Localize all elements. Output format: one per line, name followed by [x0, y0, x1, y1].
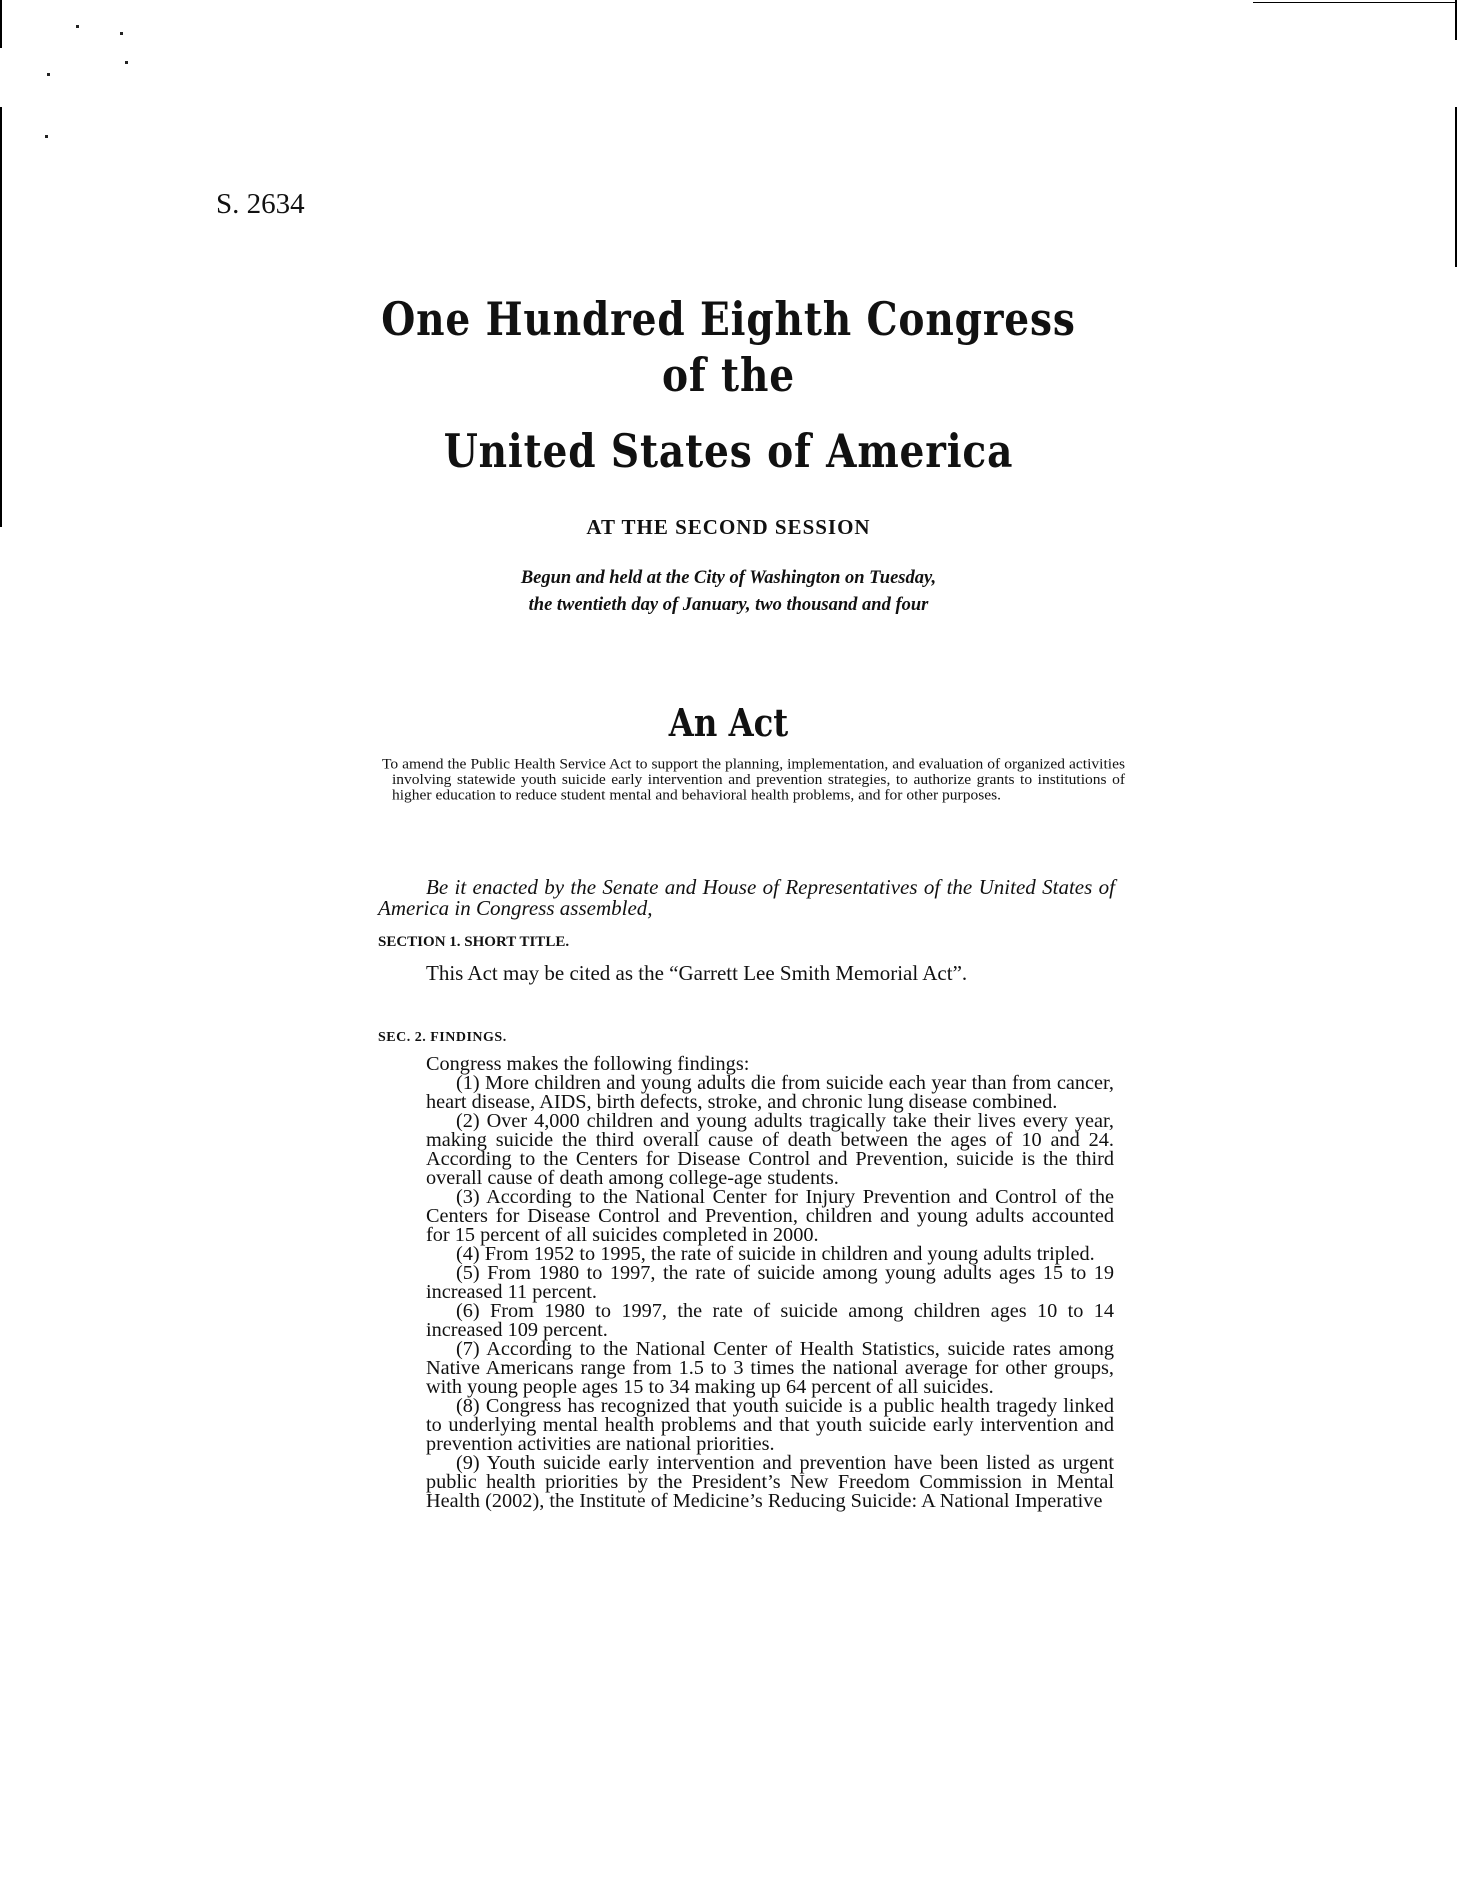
enacting-clause: Be it enacted by the Senate and House of…	[378, 877, 1115, 919]
section2-heading: SEC. 2. FINDINGS.	[378, 1030, 507, 1046]
section1-heading: SECTION 1. SHORT TITLE.	[378, 934, 569, 951]
congress-title-line3: United States of America	[109, 424, 1347, 478]
convening-statement: Begun and held at the City of Washington…	[0, 565, 1457, 619]
findings-list: Congress makes the following findings: (…	[426, 1055, 1114, 1511]
scan-top-rule	[1253, 2, 1457, 3]
act-heading: An Act	[109, 700, 1347, 745]
scan-speck	[76, 25, 79, 28]
scan-speck	[47, 73, 50, 76]
finding-item: (5) From 1980 to 1997, the rate of suici…	[426, 1264, 1114, 1302]
finding-item: (9) Youth suicide early intervention and…	[426, 1454, 1114, 1511]
session-heading: AT THE SECOND SESSION	[0, 515, 1457, 540]
scan-speck	[125, 61, 128, 64]
finding-item: (8) Congress has recognized that youth s…	[426, 1397, 1114, 1454]
scan-speck	[45, 135, 48, 138]
finding-item: (7) According to the National Center of …	[426, 1340, 1114, 1397]
congress-title-line1: One Hundred Eighth Congress	[109, 292, 1347, 346]
finding-item: (2) Over 4,000 children and young adults…	[426, 1112, 1114, 1188]
scan-edge-left	[0, 107, 2, 527]
finding-item: (6) From 1980 to 1997, the rate of suici…	[426, 1302, 1114, 1340]
finding-item: (3) According to the National Center for…	[426, 1188, 1114, 1245]
scan-edge-left-top	[0, 0, 2, 48]
scan-speck	[120, 32, 123, 35]
congress-title-line2: of the	[109, 348, 1347, 402]
convening-line1: Begun and held at the City of Washington…	[0, 565, 1457, 592]
finding-item: (1) More children and young adults die f…	[426, 1074, 1114, 1112]
section1-body: This Act may be cited as the “Garrett Le…	[378, 963, 1115, 984]
long-title-purpose: To amend the Public Health Service Act t…	[382, 757, 1125, 804]
bill-number: S. 2634	[216, 188, 305, 221]
convening-line2: the twentieth day of January, two thousa…	[0, 592, 1457, 619]
